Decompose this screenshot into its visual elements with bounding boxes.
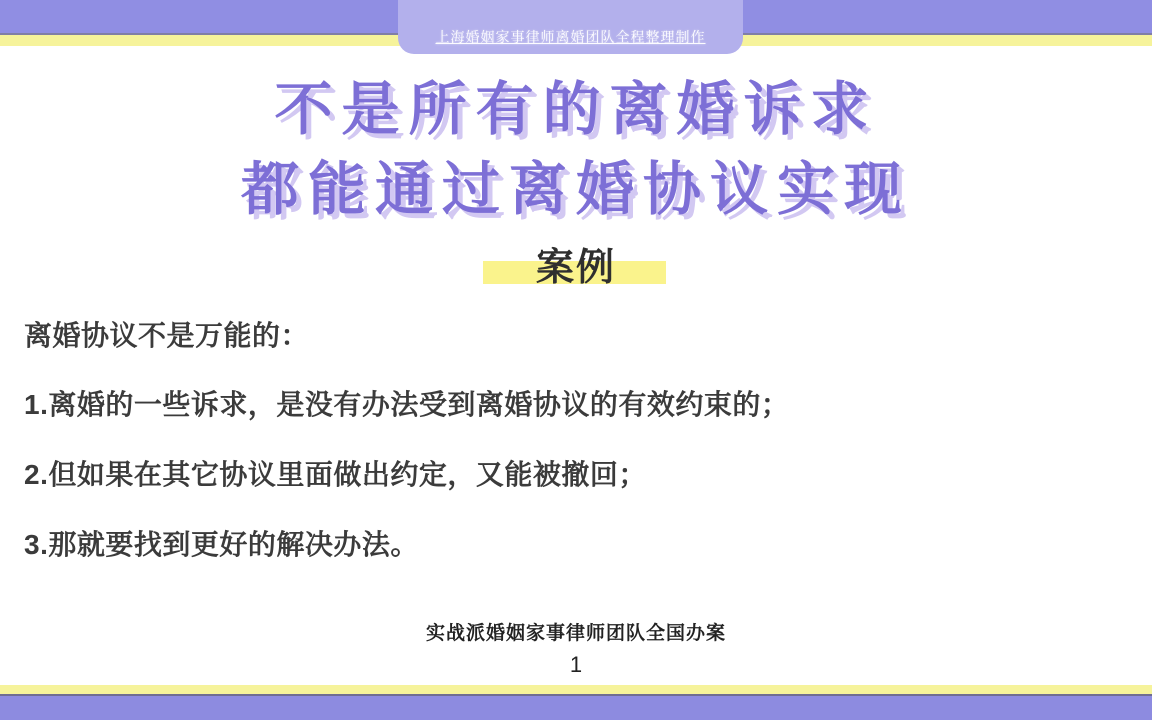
watermark-banner: 上海婚姻家事律师离婚团队全程整理制作	[398, 0, 743, 54]
section-heading-label: 案例	[0, 236, 1152, 291]
page-number: 1	[0, 652, 1152, 678]
slide-title: 不是所有的离婚诉求 都能通过离婚协议实现	[0, 70, 1152, 230]
slide-title-line1: 不是所有的离婚诉求	[0, 70, 1152, 150]
body-item-1: 1.离婚的一些诉求，是没有办法受到离婚协议的有效约束的；	[24, 383, 1124, 423]
bottom-yellow-strip	[0, 685, 1152, 696]
body-item-3: 3.那就要找到更好的解决办法。	[24, 523, 1124, 563]
watermark-banner-text: 上海婚姻家事律师离婚团队全程整理制作	[436, 27, 706, 47]
body-item-2: 2.但如果在其它协议里面做出约定，又能被撤回；	[24, 453, 1124, 493]
bottom-purple-band	[0, 696, 1152, 720]
section-heading: 案例	[0, 236, 1152, 292]
footer-byline: 实战派婚姻家事律师团队全国办案	[0, 618, 1152, 645]
body-intro: 离婚协议不是万能的：	[24, 314, 1124, 354]
slide-title-line2: 都能通过离婚协议实现	[0, 150, 1152, 230]
